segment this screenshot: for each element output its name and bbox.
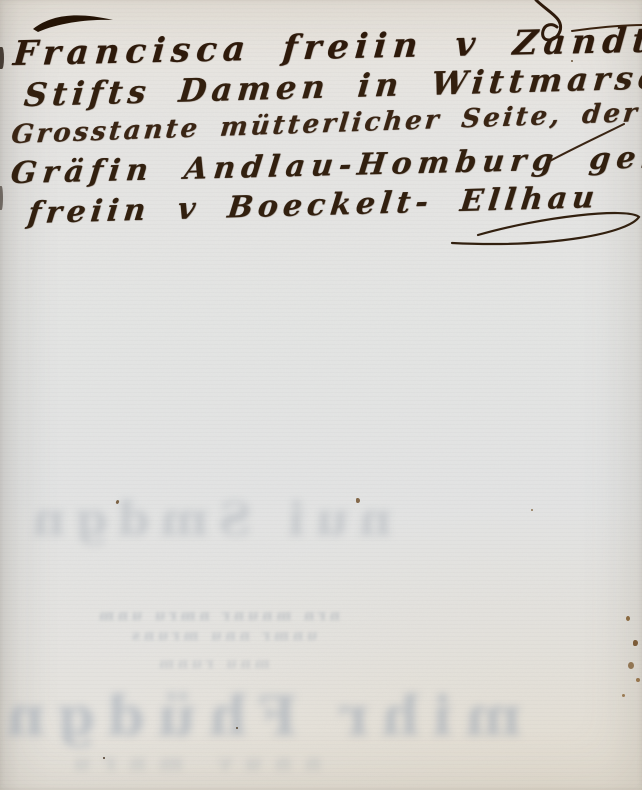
bleed-through-block: nnuv mnru — [60, 750, 321, 776]
flourish-opening-dash — [33, 15, 113, 32]
foxing-speck — [622, 694, 625, 697]
foxing-speck — [103, 757, 105, 759]
left-edge-ink-mark — [0, 186, 3, 210]
foxing-speck — [628, 662, 634, 669]
foxing-speck — [633, 640, 638, 646]
scanned-document-page: nui Smdgn nrn mnunr nmru unm unmr nnu mr… — [0, 0, 642, 790]
foxing-speck — [115, 500, 119, 505]
foxing-speck — [531, 509, 533, 511]
bleed-through-line: nrn mnunr nmru unm — [95, 608, 340, 624]
bleed-through-block: mihr Fhüdgn — [0, 684, 522, 748]
foxing-speck — [626, 616, 630, 621]
bleed-through-line: unmr nnu mruns — [128, 628, 317, 644]
bleed-through-block: nui Smdgn — [22, 492, 392, 546]
bleed-through-line: mnu runm — [155, 656, 270, 672]
foxing-speck — [636, 678, 640, 682]
foxing-speck — [236, 727, 238, 729]
foxing-speck — [356, 498, 360, 503]
left-edge-ink-mark — [0, 47, 4, 69]
